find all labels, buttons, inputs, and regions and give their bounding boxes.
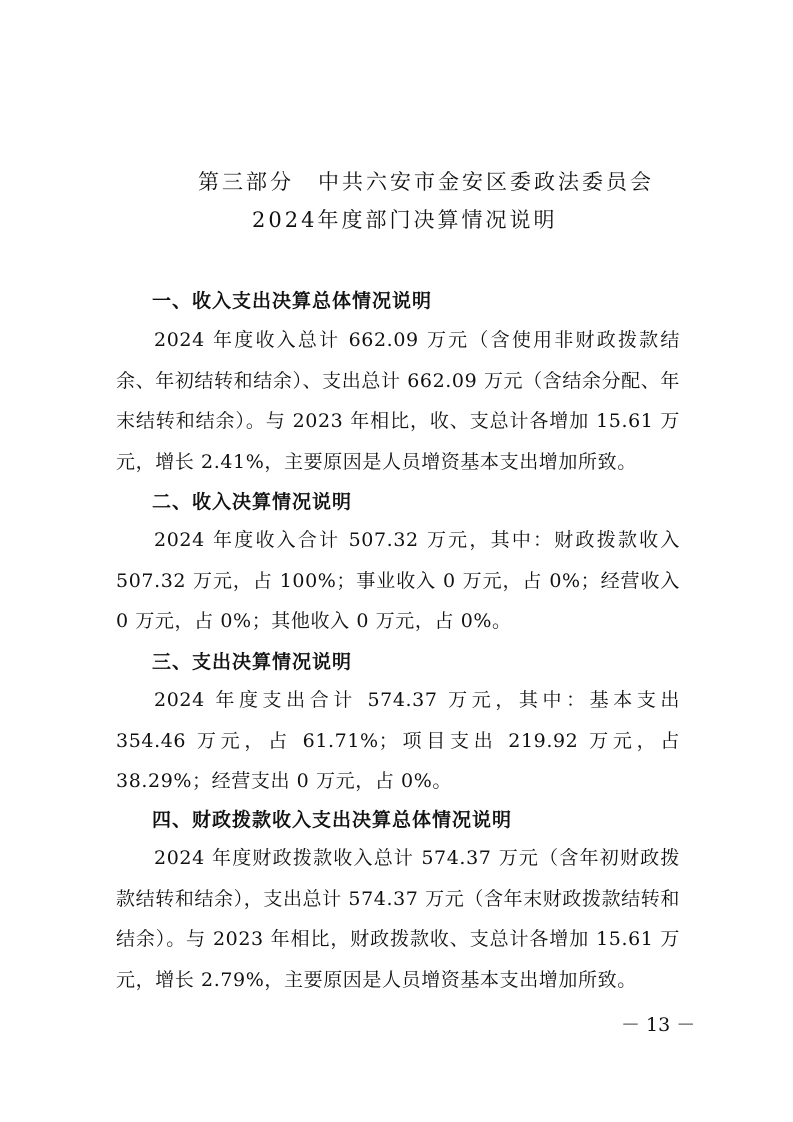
section-body-1: 2024 年度收入总计 662.09 万元（含使用非财政拨款结余、年初结转和结余… xyxy=(116,320,680,482)
section-body-4: 2024 年度财政拨款收入总计 574.37 万元（含年初财政拨款结转和结余），… xyxy=(116,838,680,1000)
section-heading-3: 三、支出决算情况说明 xyxy=(152,647,352,674)
section-heading-2: 二、收入决算情况说明 xyxy=(152,487,352,514)
document-title-line-1: 第三部分 中共六安市金安区委政法委员会 xyxy=(198,166,654,196)
page-number: － 13 － xyxy=(621,1010,695,1037)
section-heading-4: 四、财政拨款收入支出决算总体情况说明 xyxy=(152,805,512,832)
section-body-2: 2024 年度收入合计 507.32 万元，其中：财政拨款收入 507.32 万… xyxy=(116,520,680,642)
document-page: 第三部分 中共六安市金安区委政法委员会 2024年度部门决算情况说明 一、收入支… xyxy=(0,0,793,1122)
document-title-line-2: 2024年度部门决算情况说明 xyxy=(252,204,557,234)
section-heading-1: 一、收入支出决算总体情况说明 xyxy=(152,286,432,313)
section-body-3: 2024 年度支出合计 574.37 万元，其中：基本支出 354.46 万元，… xyxy=(116,680,680,802)
